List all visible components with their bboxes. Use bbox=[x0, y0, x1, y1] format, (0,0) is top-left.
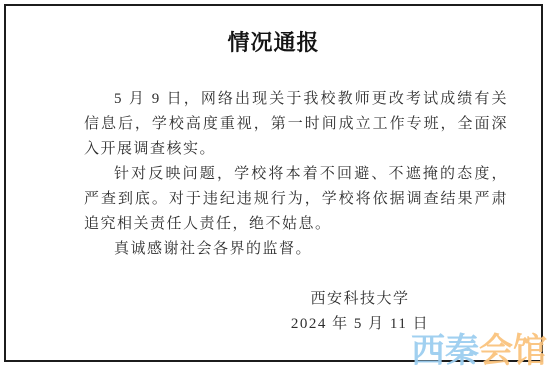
watermark-text-part2: 会馆 bbox=[479, 331, 547, 370]
site-watermark: 西秦会馆 bbox=[411, 332, 547, 370]
notice-title: 情况通报 bbox=[6, 30, 541, 56]
notice-paragraph: 针对反映问题，学校将本着不回避、不遮掩的态度，严查到底。对于违纪违规行为，学校将… bbox=[84, 162, 508, 237]
signature-block: 西安科技大学 2024 年 5 月 11 日 bbox=[280, 287, 440, 337]
notice-body: 5 月 9 日，网络出现关于我校教师更改考试成绩有关信息后，学校高度重视，第一时… bbox=[84, 87, 508, 337]
notice-page: 情况通报 5 月 9 日，网络出现关于我校教师更改考试成绩有关信息后，学校高度重… bbox=[0, 0, 551, 370]
notice-paragraph: 5 月 9 日，网络出现关于我校教师更改考试成绩有关信息后，学校高度重视，第一时… bbox=[84, 87, 508, 162]
watermark-text-part1: 西秦 bbox=[411, 331, 479, 370]
signature-organization: 西安科技大学 bbox=[280, 287, 440, 312]
notice-paragraph: 真诚感谢社会各界的监督。 bbox=[84, 237, 508, 262]
document-border-frame: 情况通报 5 月 9 日，网络出现关于我校教师更改考试成绩有关信息后，学校高度重… bbox=[4, 4, 543, 362]
